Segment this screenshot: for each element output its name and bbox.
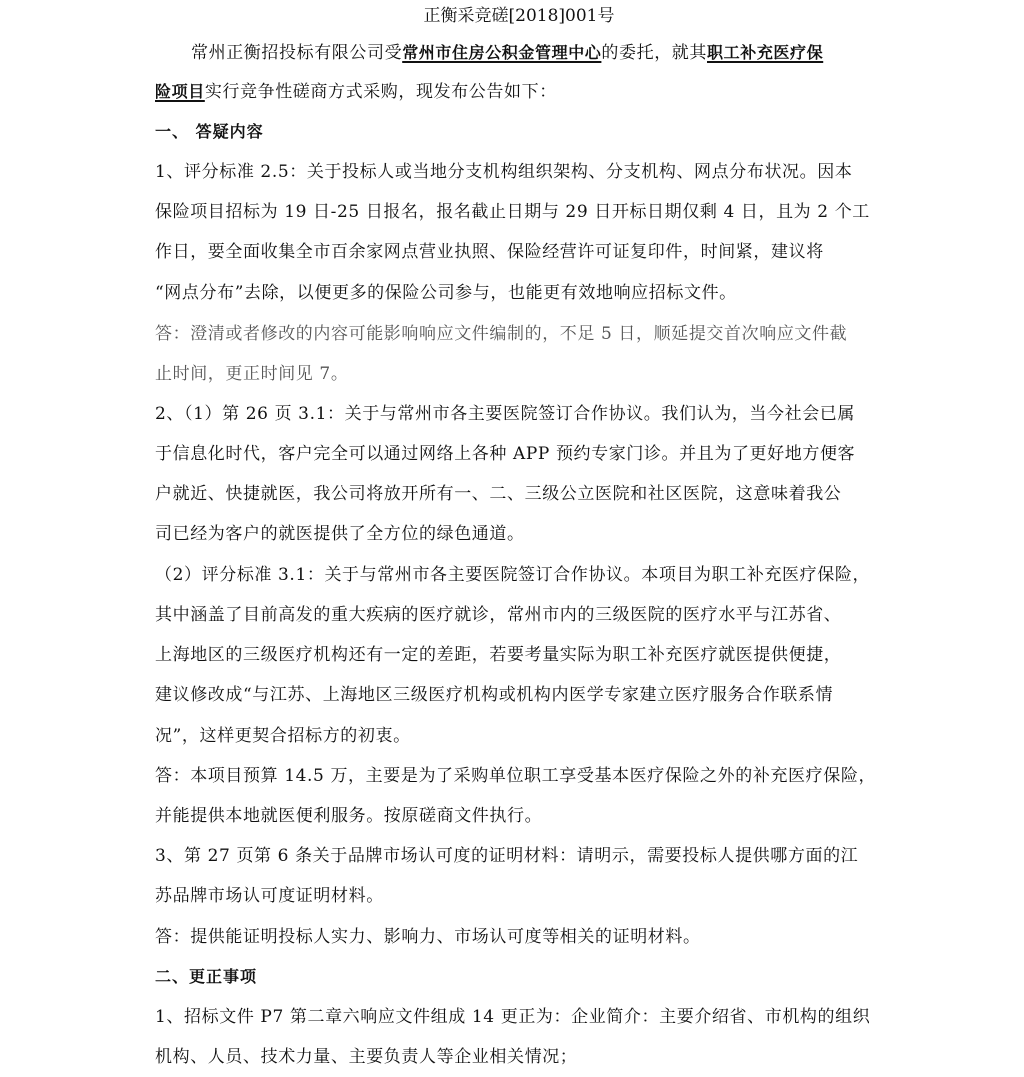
qa1-question-line: 保险项目招标为 19 日-25 日报名，报名截止日期与 29 日开标日期仅剩 4… — [155, 200, 870, 224]
qa1-question-line: 1、评分标准 2.5：关于投标人或当地分支机构组织架构、分支机构、网点分布状况。… — [155, 160, 852, 184]
qa2-answer-line: 答：本项目预算 14.5 万，主要是为了采购单位职工享受基本医疗保险之外的补充医… — [155, 764, 876, 788]
qa1-question-line: “网点分布”去除，以便更多的保险公司参与，也能更有效地响应招标文件。 — [155, 281, 737, 305]
section-heading-qa: 一、 答疑内容 — [155, 120, 264, 144]
client-name: 常州市住房公积金管理中心 — [402, 43, 601, 62]
qa2-question-line: 况”，这样更契合招标方的初衷。 — [155, 724, 411, 748]
qa2-question-line: （2）评分标准 3.1：关于与常州市各主要医院签订合作协议。本项目为职工补充医疗… — [155, 563, 870, 587]
qa2-question-line: 上海地区的三级医疗机构还有一定的差距，若要考量实际为职工补充医疗就医提供便捷， — [155, 643, 841, 667]
qa1-answer-line: 答：澄清或者修改的内容可能影响响应文件编制的，不足 5 日，顺延提交首次响应文件… — [155, 322, 847, 346]
intro-mid: 的委托，就其 — [601, 43, 707, 63]
document-number: 正衡采竞磋[2018]001号 — [155, 4, 883, 28]
correction1-line: 机构、人员、技术力量、主要负责人等企业相关情况； — [155, 1045, 577, 1069]
intro-suffix: 实行竞争性磋商方式采购，现发布公告如下： — [205, 82, 557, 102]
qa2-answer-line: 并能提供本地就医便利服务。按原磋商文件执行。 — [155, 804, 542, 828]
correction1-line: 1、招标文件 P7 第二章六响应文件组成 14 更正为：企业简介：主要介绍省、市… — [155, 1005, 870, 1029]
qa2-question-line: 其中涵盖了目前高发的重大疾病的医疗就诊，常州市内的三级医院的医疗水平与江苏省、 — [155, 603, 841, 627]
qa2-question-line: 司已经为客户的就医提供了全方位的绿色通道。 — [155, 522, 525, 546]
qa3-answer-line: 答：提供能证明投标人实力、影响力、市场认可度等相关的证明材料。 — [155, 925, 701, 949]
qa2-question-line: 户就近、快捷就医，我公司将放开所有一、二、三级公立医院和社区医院，这意味着我公 — [155, 482, 841, 506]
intro-line-2: 险项目实行竞争性磋商方式采购，现发布公告如下： — [155, 80, 557, 104]
section-heading-corrections: 二、更正事项 — [155, 965, 257, 989]
qa3-question-line: 苏品牌市场认可度证明材料。 — [155, 884, 384, 908]
qa2-question-line: 2、（1）第 26 页 3.1：关于与常州市各主要医院签订合作协议。我们认为，当… — [155, 402, 855, 426]
qa3-question-line: 3、第 27 页第 6 条关于品牌市场认可度的证明材料：请明示，需要投标人提供哪… — [155, 844, 858, 868]
project-name-part1: 职工补充医疗保 — [707, 43, 823, 62]
project-name-part2: 险项目 — [155, 82, 205, 101]
qa2-question-line: 于信息化时代，客户完全可以通过网络上各种 APP 预约专家门诊。并且为了更好地方… — [155, 442, 855, 466]
qa1-question-line: 作日，要全面收集全市百余家网点营业执照、保险经营许可证复印件，时间紧，建议将 — [155, 240, 824, 264]
intro-prefix: 常州正衡招投标有限公司受 — [191, 43, 402, 63]
qa2-question-line: 建议修改成“与江苏、上海地区三级医疗机构或机构内医学专家建立医疗服务合作联系情 — [155, 683, 833, 707]
intro-line-1: 常州正衡招投标有限公司受常州市住房公积金管理中心的委托，就其职工补充医疗保 — [191, 41, 823, 65]
qa1-answer-line: 止时间，更正时间见 7。 — [155, 362, 348, 386]
